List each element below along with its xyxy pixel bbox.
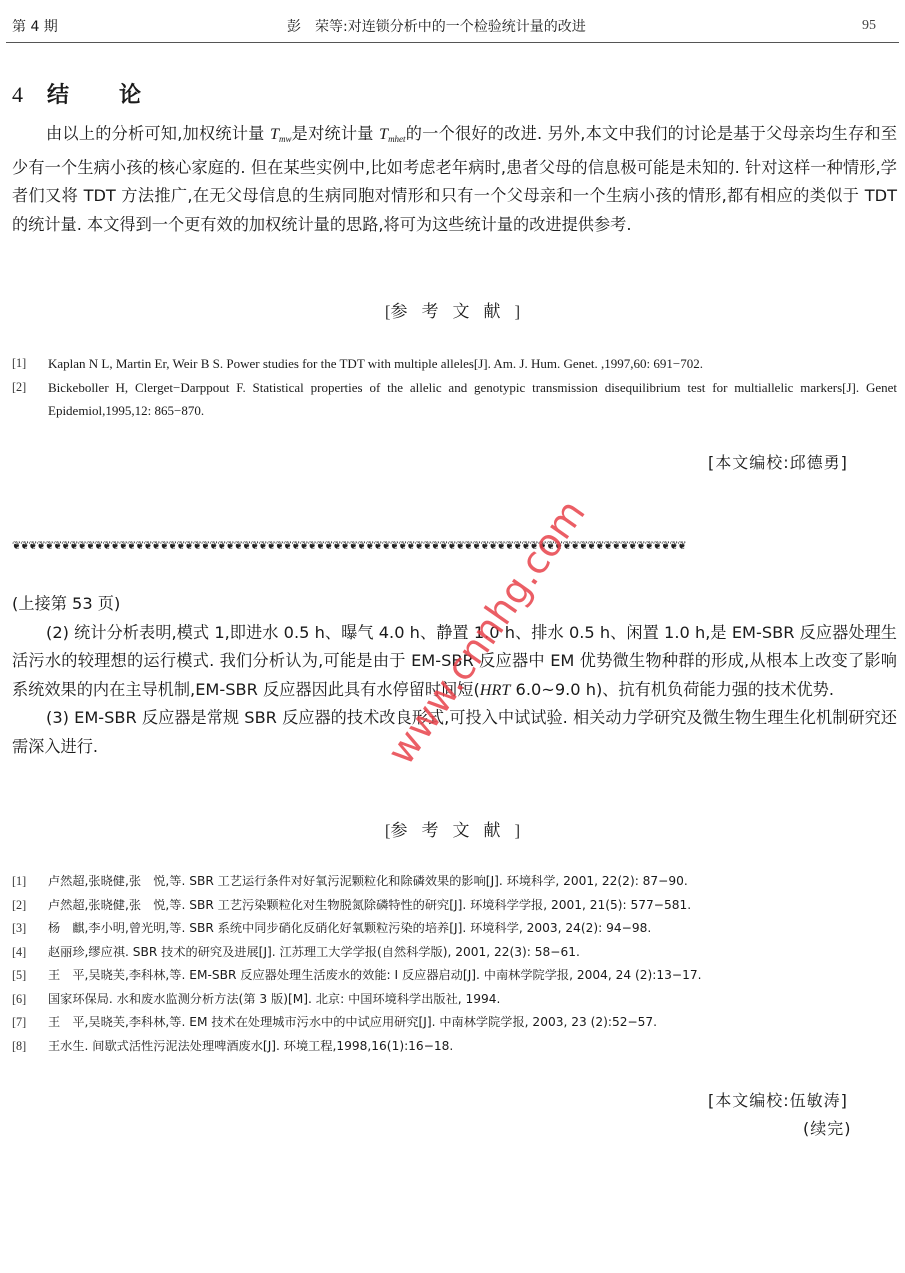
hrt-symbol: HRT bbox=[480, 681, 511, 699]
reference-text: Kaplan N L, Martin Er, Weir B S. Power s… bbox=[48, 352, 897, 376]
statistic-symbol: Tmw bbox=[270, 125, 292, 143]
conclusion-text: 由以上的分析可知,加权统计量 Tmw是对统计量 Tmhet的一个很好的改进. 另… bbox=[12, 120, 897, 239]
reference-number: [2] bbox=[12, 376, 48, 423]
reference-item: [2] Bickeboller H, Clerget−Darppout F. S… bbox=[12, 376, 897, 423]
end-note: (续完) bbox=[803, 1116, 852, 1139]
editor-note: [本文编校:邱德勇] bbox=[708, 450, 848, 473]
references-heading: [参考文献] bbox=[0, 297, 905, 322]
reference-number: [2] bbox=[12, 894, 48, 918]
references-heading-text: 参考文献 bbox=[391, 302, 515, 322]
reference-item: [4]赵丽珍,缪应祺. SBR 技术的研究及进展[J]. 江苏理工大学学报(自然… bbox=[12, 941, 897, 965]
reference-number: [1] bbox=[12, 352, 48, 376]
reference-number: [1] bbox=[12, 870, 48, 894]
reference-number: [8] bbox=[12, 1035, 48, 1059]
reference-text: 杨 麒,李小明,曾光明,等. SBR 系统中同步硝化反硝化好氧颗粒污染的培养[J… bbox=[48, 917, 897, 941]
reference-item: [2]卢然超,张晓健,张 悦,等. SBR 工艺污染颗粒化对生物脱氮除磷特性的研… bbox=[12, 894, 897, 918]
reference-item: [1] Kaplan N L, Martin Er, Weir B S. Pow… bbox=[12, 352, 897, 376]
reference-number: [4] bbox=[12, 941, 48, 965]
reference-text: 王 平,吴晓芙,李科林,等. EM 技术在处理城市污水中的中试应用研究[J]. … bbox=[48, 1011, 897, 1035]
reference-text: 国家环保局. 水和废水监测分析方法(第 3 版)[M]. 北京: 中国环境科学出… bbox=[48, 988, 897, 1012]
section-number: 4 bbox=[12, 82, 25, 107]
text-run: 是对统计量 bbox=[291, 124, 379, 143]
reference-text: 王水生. 间歇式活性污泥法处理啤酒废水[J]. 环境工程,1998,16(1):… bbox=[48, 1035, 897, 1059]
running-header: 第 4 期 彭 荣等:对连锁分析中的一个检验统计量的改进 95 bbox=[0, 14, 905, 44]
conclusion-paragraph: 由以上的分析可知,加权统计量 Tmw是对统计量 Tmhet的一个很好的改进. 另… bbox=[12, 120, 897, 239]
page-number: 95 bbox=[862, 18, 876, 34]
text-run: 由以上的分析可知,加权统计量 bbox=[46, 124, 270, 143]
references-heading-text: 参考文献 bbox=[391, 821, 515, 841]
reference-item: [6]国家环保局. 水和废水监测分析方法(第 3 版)[M]. 北京: 中国环境… bbox=[12, 988, 897, 1012]
reference-item: [7]王 平,吴晓芙,李科林,等. EM 技术在处理城市污水中的中试应用研究[J… bbox=[12, 1011, 897, 1035]
issue-label: 第 4 期 bbox=[12, 16, 58, 36]
section-heading: 4结 论 bbox=[12, 78, 155, 109]
reference-item: [3]杨 麒,李小明,曾光明,等. SBR 系统中同步硝化反硝化好氧颗粒污染的培… bbox=[12, 917, 897, 941]
references-list: [1]卢然超,张晓健,张 悦,等. SBR 工艺运行条件对好氧污泥颗粒化和除磷效… bbox=[12, 870, 897, 1058]
bracket-close: ] bbox=[515, 302, 521, 321]
running-title: 彭 荣等:对连锁分析中的一个检验统计量的改进 bbox=[287, 16, 586, 36]
reference-text: 王 平,吴晓芙,李科林,等. EM-SBR 反应器处理生活废水的效能: I 反应… bbox=[48, 964, 897, 988]
subscript-mw: mw bbox=[279, 134, 292, 144]
reference-number: [5] bbox=[12, 964, 48, 988]
references-heading: [参考文献] bbox=[0, 816, 905, 841]
reference-text: 卢然超,张晓健,张 悦,等. SBR 工艺污染颗粒化对生物脱氮除磷特性的研究[J… bbox=[48, 894, 897, 918]
section-title: 结 论 bbox=[47, 83, 155, 108]
reference-number: [6] bbox=[12, 988, 48, 1012]
statistic-symbol: Tmhet bbox=[379, 125, 406, 143]
subscript-mhet: mhet bbox=[388, 134, 406, 144]
reference-item: [5]王 平,吴晓芙,李科林,等. EM-SBR 反应器处理生活废水的效能: I… bbox=[12, 964, 897, 988]
reference-number: [7] bbox=[12, 1011, 48, 1035]
text-run: 6.0~9.0 h)、抗有机负荷能力强的技术优势. bbox=[510, 680, 834, 699]
bracket-close: ] bbox=[515, 821, 521, 840]
references-list: [1] Kaplan N L, Martin Er, Weir B S. Pow… bbox=[12, 352, 897, 423]
symbol-t: T bbox=[270, 125, 279, 143]
reference-number: [3] bbox=[12, 917, 48, 941]
symbol-t: T bbox=[379, 125, 388, 143]
reference-text: 赵丽珍,缪应祺. SBR 技术的研究及进展[J]. 江苏理工大学学报(自然科学版… bbox=[48, 941, 897, 965]
reference-item: [1]卢然超,张晓健,张 悦,等. SBR 工艺运行条件对好氧污泥颗粒化和除磷效… bbox=[12, 870, 897, 894]
ornament-divider: ❦❦❦❦❦❦❦❦❦❦❦❦❦❦❦❦❦❦❦❦❦❦❦❦❦❦❦❦❦❦❦❦❦❦❦❦❦❦❦❦… bbox=[12, 540, 897, 552]
reference-item: [8]王水生. 间歇式活性污泥法处理啤酒废水[J]. 环境工程,1998,16(… bbox=[12, 1035, 897, 1059]
continued-label: (上接第 53 页) bbox=[12, 590, 897, 619]
reference-text: 卢然超,张晓健,张 悦,等. SBR 工艺运行条件对好氧污泥颗粒化和除磷效果的影… bbox=[48, 870, 897, 894]
header-rule bbox=[6, 42, 899, 43]
reference-text: Bickeboller H, Clerget−Darppout F. Stati… bbox=[48, 376, 897, 423]
editor-note: [本文编校:伍敏涛] bbox=[708, 1088, 848, 1111]
